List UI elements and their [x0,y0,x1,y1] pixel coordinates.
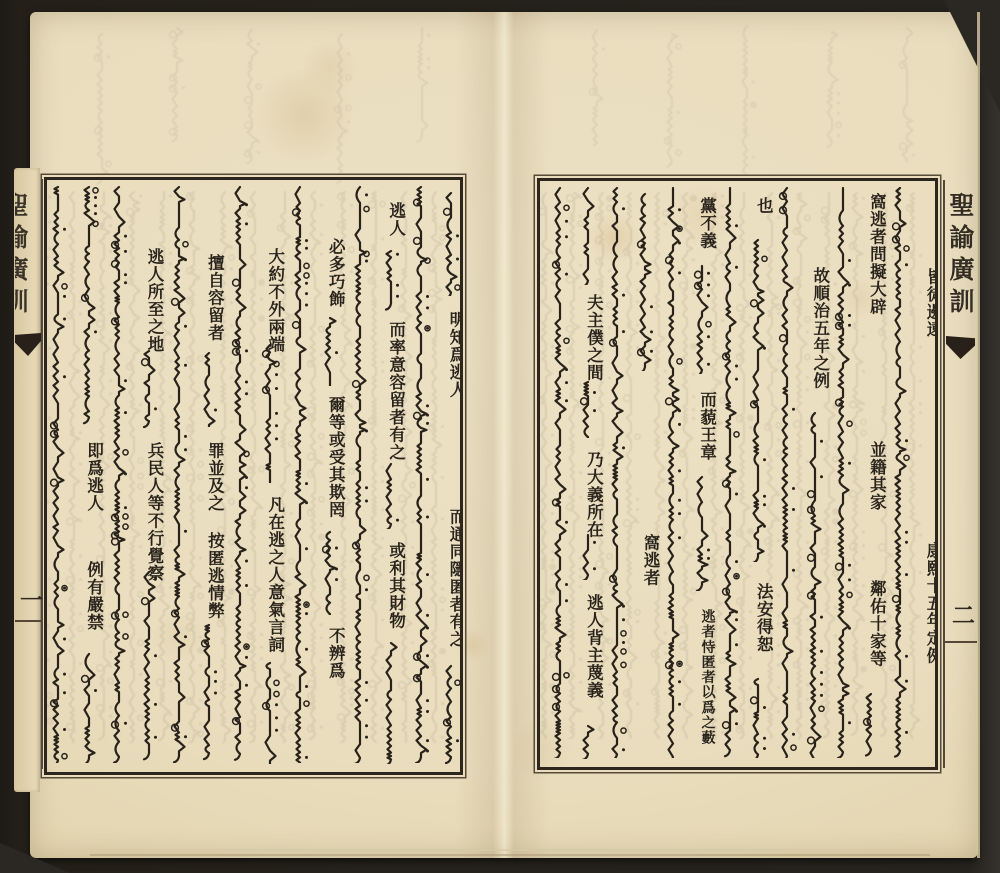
book-photo: 明知爲逃人而通同隱匿者有之逃人而率意容留者有之或利其財物必多巧飾爾等或受其欺罔不… [0,0,1000,873]
chinese-text-segment: 大約不外兩端 [259,248,283,353]
chinese-text-segment: 康熙十五年定例 [917,542,935,665]
folio-strip-rule [15,620,42,622]
page-number: 一 [18,588,41,611]
chinese-text-segment: 鄰佑十家等 [860,580,884,668]
show-through-column [165,24,189,144]
chinese-text-segment: 罪並及之 [198,442,222,512]
chinese-text-segment: 不辨爲 [319,627,343,680]
folio-strip-rule [41,179,43,769]
chinese-text-segment: 擅自容留者 [198,254,222,342]
manchu-text-segment [576,378,600,438]
folio-strip-rule [944,641,977,643]
manchu-text-segment [746,675,770,758]
manchu-text-segment [77,183,101,425]
chinese-text-segment: 逃人 [380,202,404,237]
manchu-text-segment [859,690,883,759]
show-through-column [240,26,264,164]
right-text-frame: 皆徒邊遠康熙十五年定例窩逃者問擬大辟並籍其家鄰佑十家等故順治五年之例也法安得恕黨… [537,178,938,770]
chinese-text-segment: 兵民人等不行覺察 [138,442,162,582]
manchu-text-segment [137,347,161,428]
chinese-text-segment: 凡在逃之人意氣言詞 [259,496,283,654]
chinese-text-segment: 黨不義 [691,197,715,250]
manchu-text-segment [576,531,600,580]
manchu-text-segment [409,183,433,763]
chinese-text-segment: 逃人所至之地 [138,248,162,353]
page-number: 二 [950,603,973,626]
manchu-text-segment [746,236,770,562]
manchu-text-segment [47,183,70,763]
chinese-text-segment: 逃者恃匿者以爲之藪 [691,609,715,745]
manchu-text-segment [439,662,460,764]
show-through-column [330,30,354,186]
manchu-text-segment [633,190,657,371]
chinese-text-segment: 並籍其家 [860,441,884,511]
folio-title: 聖諭廣訓 [15,192,27,320]
manchu-text-segment [576,722,600,759]
left-text-frame: 明知爲逃人而通同隱匿者有之逃人而率意容留者有之或利其財物必多巧飾爾等或受其欺罔不… [44,177,463,775]
show-through-column [90,30,114,186]
manchu-text-segment [167,183,191,763]
show-through-column [820,28,844,148]
manchu-text-segment [888,184,912,758]
manchu-text-segment [661,184,685,758]
show-through-column [735,22,759,178]
chinese-text-segment: 爾等或受其欺罔 [319,396,343,519]
folio-title-clipped: 聖諭廣訓 [15,192,41,472]
manchu-text-segment [258,341,282,483]
chinese-text-segment: 而藐王章 [691,391,715,461]
manchu-text-segment [318,528,342,615]
chinese-text-segment: 明知爲逃人 [440,311,460,399]
chinese-text-segment: 而通同隱匿者有之 [440,508,460,648]
manchu-text-segment [576,184,600,285]
chinese-text-segment: 必多巧飾 [319,238,343,308]
manchu-text-segment [137,568,161,763]
chinese-text-segment: 例有嚴禁 [78,561,102,631]
show-through-column [895,24,919,162]
chinese-text-segment: 而率意容留者有之 [380,321,404,461]
chinese-text-segment: 故順治五年之例 [804,267,828,390]
chinese-text-segment: 乃大義所在 [577,451,601,539]
manchu-text-segment [258,659,282,764]
manchu-text-segment [77,650,101,763]
manchu-text-segment [775,184,799,758]
manchu-text-segment [197,621,221,763]
chinese-text-segment: 逃人背主蔑義 [577,594,601,699]
manchu-text-segment [690,473,714,591]
chinese-text-segment: 窩逃者 [634,534,658,587]
manchu-text-segment [379,247,403,311]
chinese-text-segment: 夫主僕之間 [577,294,601,382]
manchu-text-segment [107,183,131,763]
manchu-text-segment [318,314,342,386]
manchu-text-segment [548,184,572,758]
manchu-text-segment [718,184,742,758]
left-text-columns: 明知爲逃人而通同隱匿者有之逃人而率意容留者有之或利其財物必多巧飾爾等或受其欺罔不… [47,180,460,772]
manchu-text-segment [831,184,855,758]
show-through-column [660,30,684,168]
manchu-text-segment [348,183,372,763]
show-through-column [585,26,609,146]
manchu-text-segment [288,183,312,763]
folio-title: 聖諭廣訓 [948,192,973,472]
chinese-text-segment: 法安得恕 [747,583,771,653]
chinese-text-segment: 也 [747,197,771,215]
manchu-text-segment [228,183,252,763]
chinese-text-segment: 或利其財物 [380,542,404,630]
chinese-text-segment: 窩逃者問擬大辟 [860,193,884,316]
chinese-text-segment: 即爲逃人 [78,442,102,512]
folio-strip-rule [943,180,945,768]
manchu-text-segment [605,184,629,758]
chinese-text-segment: 按匿逃情弊 [198,532,222,620]
manchu-text-segment [197,349,221,427]
show-through-column [410,24,434,144]
manchu-text-segment [439,189,460,296]
manchu-text-segment [690,262,714,374]
manchu-text-segment [379,639,403,764]
right-text-columns: 皆徒邊遠康熙十五年定例窩逃者問擬大辟並籍其家鄰佑十家等故順治五年之例也法安得恕黨… [540,181,935,767]
chinese-text-segment: 皆徒邊遠 [917,268,935,338]
manchu-text-segment [803,409,827,758]
manchu-text-segment [379,460,403,529]
